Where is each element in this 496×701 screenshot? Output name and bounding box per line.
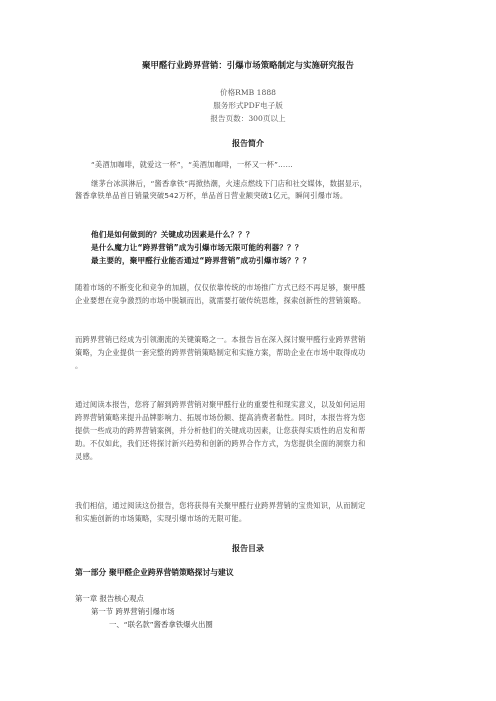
paragraph-line: 企业要想在竞争激烈的市场中脱颖而出，就需要打破传统思维，探索创新性的营销策略。 bbox=[75, 296, 365, 306]
paragraph-line: 而跨界营销已经成为引领潮流的关键策略之一。本报告旨在深入探讨聚甲醛行业跨界营销 bbox=[75, 335, 365, 345]
report-title: 聚甲醛行业跨界营销：引爆市场策略制定与实施研究报告 bbox=[0, 59, 496, 71]
paragraph-line: 酱香拿铁单品首日销量突破542万杯，单品首日营业额突破1亿元，瞬间引爆市场。 bbox=[75, 191, 347, 201]
paragraph-line: 。 bbox=[75, 361, 82, 371]
paragraph-line: 灵感。 bbox=[75, 452, 97, 462]
toc-part-1[interactable]: 第一部分 聚甲醛企业跨界营销策略探讨与建议 bbox=[75, 567, 234, 578]
paragraph-line: 和实施创新的市场策略，实现引爆市场的无限可能。 bbox=[75, 514, 246, 524]
format-label: 服务形式PDF电子版 bbox=[0, 100, 496, 111]
question-line: 他们是如何做到的？关键成功因素是什么？？？ bbox=[91, 229, 254, 240]
paragraph-line: 随着市场的不断变化和竞争的加剧，仅仅依靠传统的市场推广方式已经不再足够，聚甲醛 bbox=[75, 283, 365, 293]
paragraph-line: 我们相信，通过阅读这份报告，您将获得有关聚甲醛行业跨界营销的宝贵知识，从而制定 bbox=[75, 501, 365, 511]
document-page: 聚甲醛行业跨界营销：引爆市场策略制定与实施研究报告 价格RMB 1888 服务形… bbox=[0, 0, 496, 701]
paragraph-line: 助。不仅如此，我们还将探讨新兴趋势和创新的跨界合作方式，为您提供全面的洞察力和 bbox=[75, 439, 365, 449]
paragraph-line: 继茅台冰淇淋后，“酱香拿铁”再掀热潮，火速点燃线下门店和社交媒体，数据显示， bbox=[91, 179, 367, 189]
pages-label: 报告页数：300页以上 bbox=[0, 113, 496, 124]
price-label: 价格RMB 1888 bbox=[0, 87, 496, 98]
toc-heading: 报告目录 bbox=[0, 543, 496, 554]
paragraph-line: 通过阅读本报告，您将了解到跨界营销对聚甲醛行业的重要性和现实意义，以及如何运用 bbox=[75, 400, 365, 410]
toc-chapter-1[interactable]: 第一章 报告核心观点 bbox=[75, 593, 144, 604]
paragraph-line: 策略，为企业提供一套完整的跨界营销策略制定和实施方案，帮助企业在市场中取得成功 bbox=[75, 348, 365, 358]
question-line: 是什么魔力让“跨界营销”成为引爆市场无限可能的利器？？？ bbox=[91, 242, 303, 253]
toc-item-1[interactable]: 一、“联名款”酱香拿铁爆火出圈 bbox=[109, 619, 213, 630]
intro-heading: 报告简介 bbox=[0, 138, 496, 149]
question-line: 最主要的，聚甲醛行业能否通过“跨界营销”成功引爆市场？？？ bbox=[91, 255, 310, 266]
paragraph-line: 提供一些成功的跨界营销案例，并分析他们的关键成功因素，让您获得实质性的启发和帮 bbox=[75, 426, 365, 436]
toc-section-1[interactable]: 第一节 跨界营销引爆市场 bbox=[91, 606, 175, 617]
slogan-line: “美酒加咖啡，就爱这一杯”，“美酒加咖啡，一杯又一杯”…… bbox=[91, 160, 293, 170]
paragraph-line: 跨界营销策略来提升品牌影响力、拓展市场份额、提高消费者黏性。同时，本报告将为您 bbox=[75, 413, 365, 423]
